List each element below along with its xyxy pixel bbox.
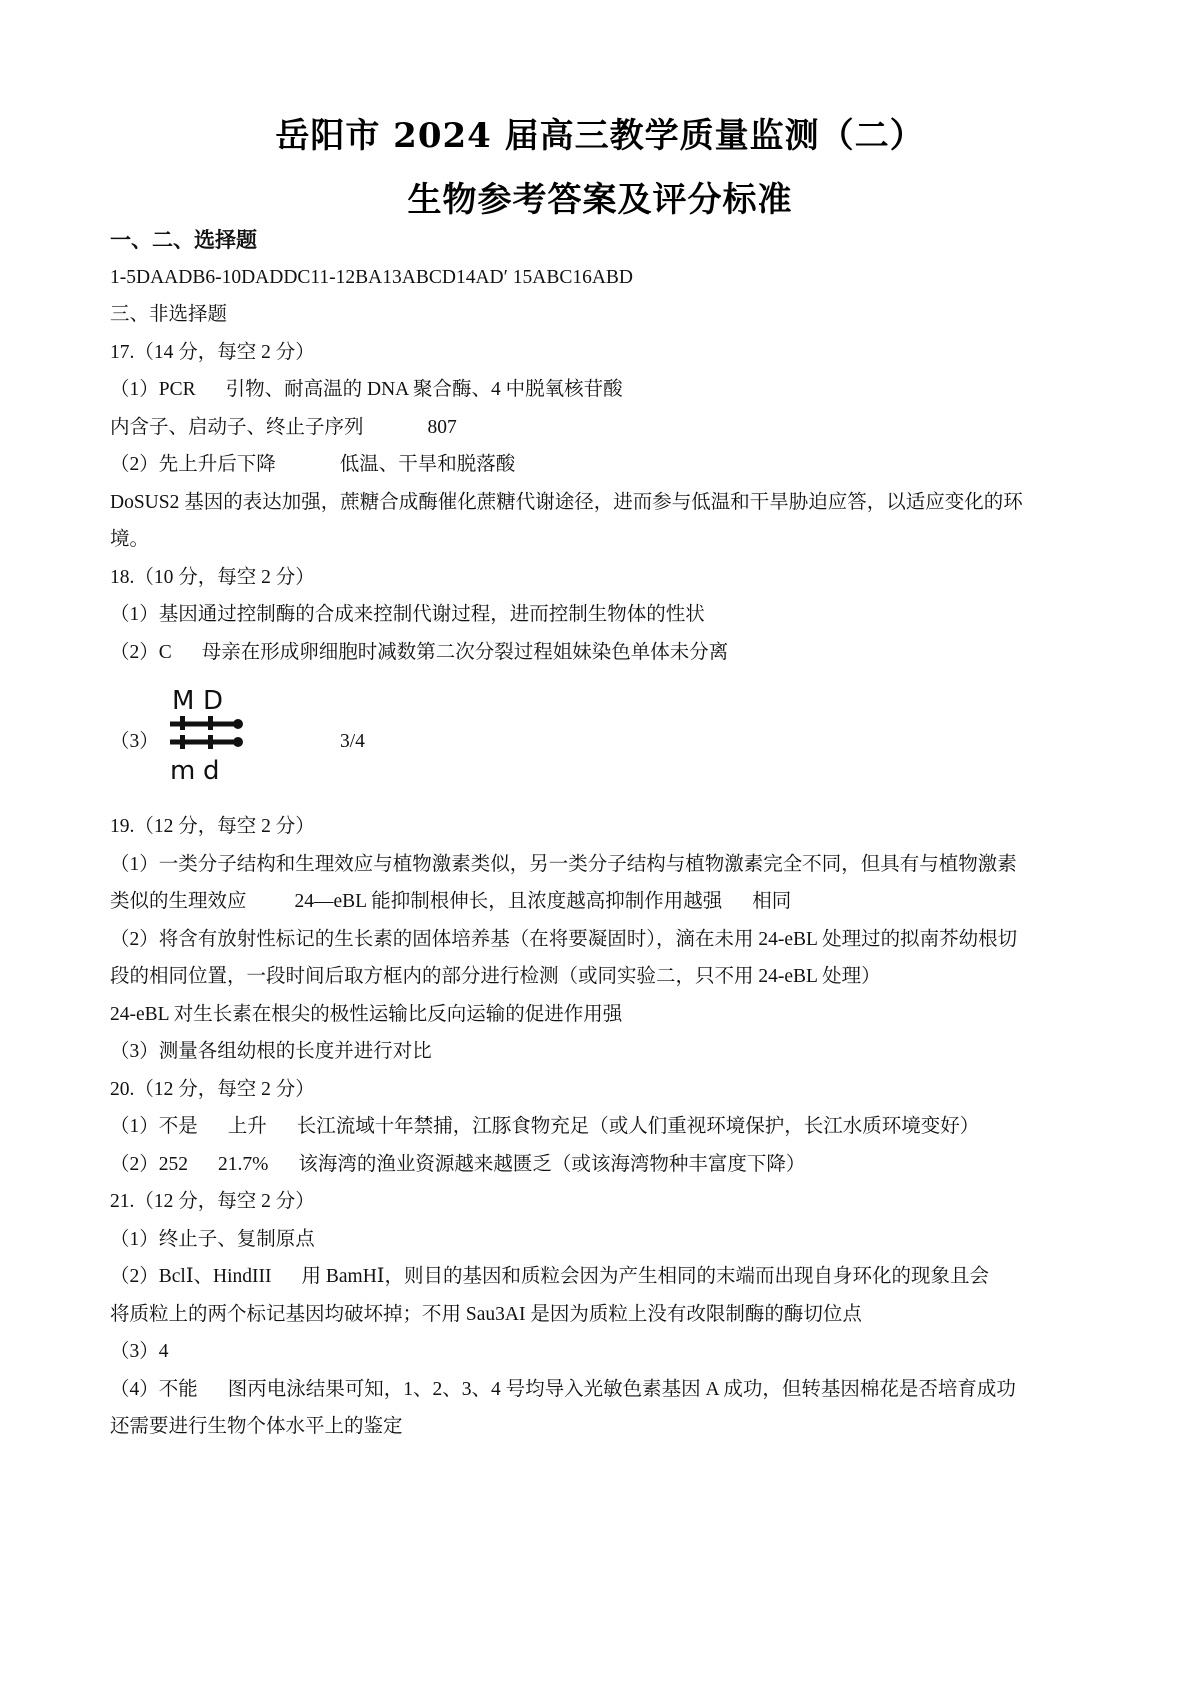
gene-label-m: m — [170, 758, 195, 784]
q17-part1-answer-b: 引物、耐高温的 DNA 聚合酶、4 中脱氧核苷酸 — [226, 379, 623, 400]
q17-part2-answer-a: （2）先上升后下降 — [110, 454, 276, 475]
document-title: 岳阳市 2024 届高三教学质量监测（二） — [0, 108, 1200, 157]
chromosome-gene-diagram: M D m d — [170, 688, 260, 788]
q20-header: 20.（12 分，每空 2 分） — [110, 1078, 315, 1102]
q19-part2-line2: 段的相同位置，一段时间后取方框内的部分进行检测（或同实验二，只不用 24-eBL… — [110, 965, 881, 989]
q18-header: 18.（10 分，每空 2 分） — [110, 566, 315, 590]
q17-part2-line1: （2）先上升后下降低温、干旱和脱落酸 — [110, 453, 515, 477]
q21-part2-answer-a: （2）BclⅠ、HindIII — [110, 1266, 272, 1287]
q18-part1: （1）基因通过控制酶的合成来控制代谢过程，进而控制生物体的性状 — [110, 603, 705, 627]
q19-part3: （3）测量各组幼根的长度并进行对比 — [110, 1040, 432, 1064]
q21-part2-answer-b: 用 BamHⅠ，则目的基因和质粒会因为产生相同的末端而出现自身环化的现象且会 — [302, 1266, 990, 1287]
q19-part1-answer-d: 相同 — [752, 891, 791, 912]
q20-part2-answer-c: 该海湾的渔业资源越来越匮乏（或该海湾物种丰富度下降） — [298, 1154, 805, 1175]
q19-part1-line2: 类似的生理效应24—eBL 能抑制根伸长，且浓度越高抑制作用越强相同 — [110, 890, 791, 914]
q21-part2-line2: 将质粒上的两个标记基因均破坏掉；不用 Sau3AI 是因为质粒上没有改限制酶的酶… — [110, 1303, 862, 1327]
q21-part4-answer-a: （4）不能 — [110, 1379, 198, 1400]
q18-part2-answer-b: 母亲在形成卵细胞时减数第二次分裂过程姐妹染色单体未分离 — [202, 642, 729, 663]
q17-part1-answer-d: 807 — [428, 417, 457, 438]
q19-part1-answer-c: 24—eBL 能抑制根伸长，且浓度越高抑制作用越强 — [295, 891, 723, 912]
nonchoice-section-heading: 三、非选择题 — [110, 303, 227, 327]
q18-part3-label: （3） — [110, 730, 159, 754]
q20-part2-answer-b: 21.7% — [218, 1154, 268, 1175]
answer-document-page: 岳阳市 2024 届高三教学质量监测（二） 生物参考答案及评分标准 一、二、选择… — [0, 0, 1200, 1698]
q20-part1-answer-a: （1）不是 — [110, 1116, 198, 1137]
q21-part2-line1: （2）BclⅠ、HindIII用 BamHⅠ，则目的基因和质粒会因为产生相同的末… — [110, 1265, 989, 1289]
q21-part4-line2: 还需要进行生物个体水平上的鉴定 — [110, 1415, 403, 1439]
choice-section-heading: 一、二、选择题 — [110, 228, 257, 252]
q20-part2: （2）25221.7%该海湾的渔业资源越来越匮乏（或该海湾物种丰富度下降） — [110, 1153, 805, 1177]
q17-part1-answer-a: （1）PCR — [110, 379, 196, 400]
q19-part2-line1: （2）将含有放射性标记的生长素的固体培养基（在将要凝固时），滴在未用 24-eB… — [110, 928, 1017, 952]
q20-part1: （1）不是上升长江流域十年禁捕，江豚食物充足（或人们重视环境保护，长江水质环境变… — [110, 1115, 979, 1139]
q17-part2-answer-b: 低温、干旱和脱落酸 — [340, 454, 516, 475]
q21-part4-line1: （4）不能图丙电泳结果可知，1、2、3、4 号均导入光敏色素基因 A 成功，但转… — [110, 1378, 1016, 1402]
q18-part3-answer: 3/4 — [340, 730, 365, 754]
q20-part2-answer-a: （2）252 — [110, 1154, 188, 1175]
q21-header: 21.（12 分，每空 2 分） — [110, 1190, 315, 1214]
q18-part2: （2）C母亲在形成卵细胞时减数第二次分裂过程姐妹染色单体未分离 — [110, 641, 728, 665]
q21-part3: （3）4 — [110, 1340, 169, 1364]
chromosome-pair-icon — [170, 710, 260, 760]
q21-part1: （1）终止子、复制原点 — [110, 1228, 315, 1252]
document-subtitle: 生物参考答案及评分标准 — [0, 172, 1200, 221]
gene-label-d: d — [203, 758, 220, 784]
q19-part1-answer-b: 类似的生理效应 — [110, 891, 247, 912]
q17-header: 17.（14 分，每空 2 分） — [110, 341, 315, 365]
q20-part1-answer-b: 上升 — [228, 1116, 267, 1137]
q18-part2-answer-a: （2）C — [110, 642, 172, 663]
q17-part1-line1: （1）PCR引物、耐高温的 DNA 聚合酶、4 中脱氧核苷酸 — [110, 378, 623, 402]
q21-part4-answer-b: 图丙电泳结果可知，1、2、3、4 号均导入光敏色素基因 A 成功，但转基因棉花是… — [228, 1379, 1016, 1400]
q19-part1-line1: （1）一类分子结构和生理效应与植物激素类似，另一类分子结构与植物激素完全不同，但… — [110, 853, 1017, 877]
choice-answers: 1-5DAADB6-10DADDC11-12BA13ABCD14AD′ 15AB… — [110, 266, 633, 290]
q17-part2-answer-c: DoSUS2 基因的表达加强，蔗糖合成酶催化蔗糖代谢途径，进而参与低温和干旱胁迫… — [110, 491, 1023, 515]
q17-part1-line2: 内含子、启动子、终止子序列807 — [110, 416, 457, 440]
q20-part1-answer-c: 长江流域十年禁捕，江豚食物充足（或人们重视环境保护，长江水质环境变好） — [297, 1116, 980, 1137]
q17-part1-answer-c: 内含子、启动子、终止子序列 — [110, 417, 364, 438]
q19-part2-line3: 24-eBL 对生长素在根尖的极性运输比反向运输的促进作用强 — [110, 1003, 622, 1027]
q19-header: 19.（12 分，每空 2 分） — [110, 815, 315, 839]
q17-part2-answer-d: 境。 — [110, 528, 149, 552]
